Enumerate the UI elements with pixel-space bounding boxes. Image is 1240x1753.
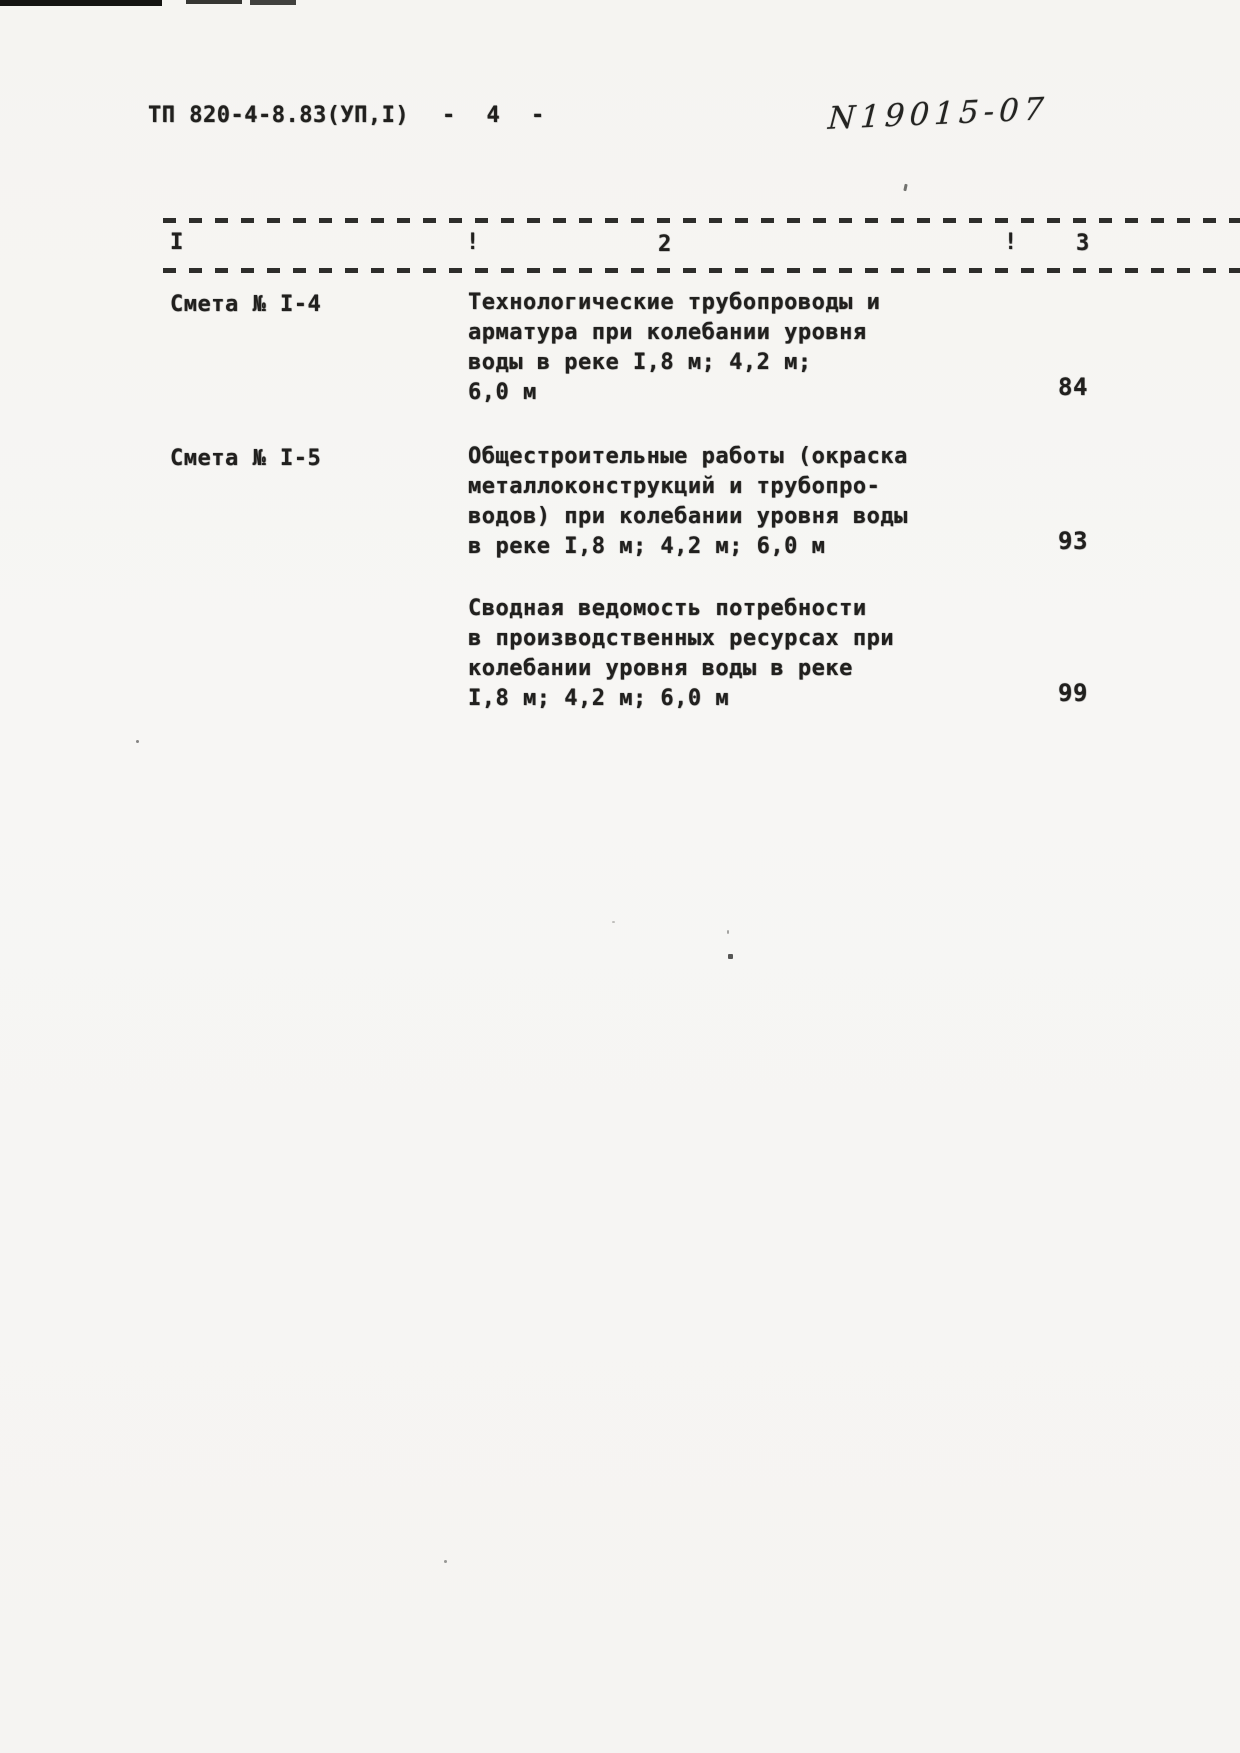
description-line: 6,0 м [468,378,880,408]
scan-speck [728,954,733,959]
description-line: водов) при колебании уровня воды [468,502,908,532]
description-line: в производственных ресурсах при [468,624,894,654]
description-line: Сводная ведомость потребности [468,594,894,624]
description-line: воды в реке I,8 м; 4,2 м; [468,348,880,378]
estimate-label: Смета № I-5 [170,444,321,474]
page-reference: 84 [1058,372,1088,402]
description-line: металлоконструкций и трубопро- [468,472,908,502]
scan-speck [136,740,139,743]
scan-artifact-bar [250,0,296,5]
scan-speck [903,184,907,191]
scan-artifact-bar [0,0,162,6]
estimate-label: Смета № I-4 [170,290,321,320]
column-separator: ! [466,228,480,258]
estimate-description: Сводная ведомость потребности в производ… [468,594,894,714]
description-line: арматура при колебании уровня [468,318,880,348]
table-top-border [163,218,1240,223]
page-reference: 99 [1058,678,1088,708]
page-reference: 93 [1058,526,1088,556]
description-line: I,8 м; 4,2 м; 6,0 м [468,684,894,714]
scan-artifact-bar [186,0,242,4]
description-line: Общестроительные работы (окраска [468,442,908,472]
description-line: колебании уровня воды в реке [468,654,894,684]
scan-speck [727,930,729,934]
column-header-1: I [170,228,184,258]
table-header-border [163,268,1240,273]
estimate-description: Технологические трубопроводы и арматура … [468,288,880,408]
column-separator: ! [1004,228,1018,258]
handwritten-inventory-number: N19015-07 [827,91,1050,137]
estimate-description: Общестроительные работы (окраска металло… [468,442,908,562]
column-header-3: 3 [1076,229,1090,259]
column-header-2: 2 [658,230,672,260]
document-page: ТП 820-4-8.83(УП,I) - 4 - N19015-07 I ! … [0,0,1240,1753]
page-number: - 4 - [442,101,553,131]
scan-speck [612,921,615,923]
scan-speck [444,1560,447,1563]
document-code: ТП 820-4-8.83(УП,I) [148,101,409,131]
description-line: Технологические трубопроводы и [468,288,880,318]
description-line: в реке I,8 м; 4,2 м; 6,0 м [468,532,908,562]
